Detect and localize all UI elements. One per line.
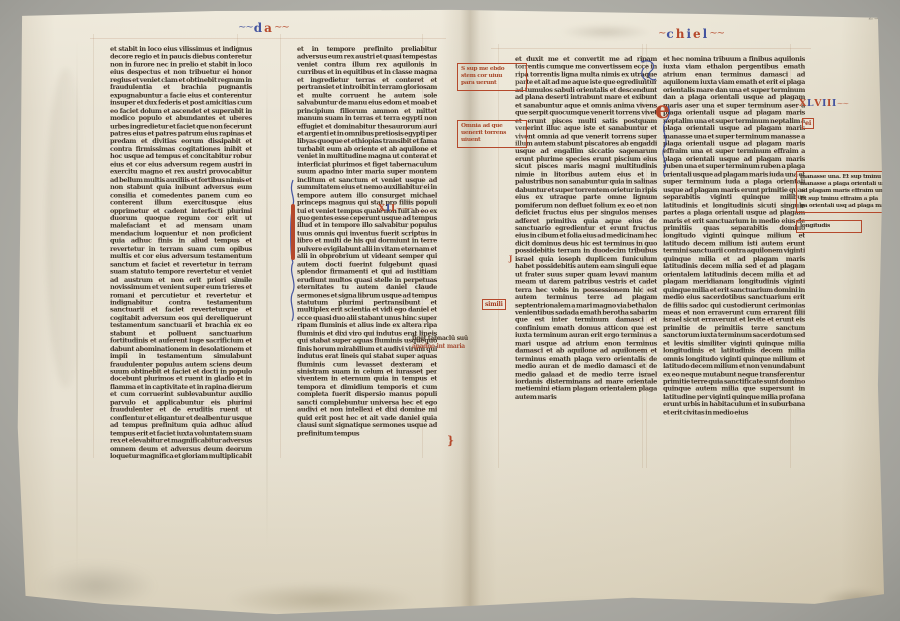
center-fold-shadow	[441, 8, 497, 616]
correction-line: manasse a plaga orientali usq	[800, 181, 900, 188]
pen-flourish: ∼∼	[837, 99, 848, 109]
running-title-letter: h	[676, 28, 686, 40]
insertion-tag: ei	[802, 118, 814, 129]
gloss-line: uenerit torrens	[461, 130, 523, 137]
manuscript-photo: ∼∼ d a ∼∼ ∼ c h i e l ∼∼ 252 et stabit i…	[0, 0, 900, 621]
pen-flourish: ∼	[658, 28, 665, 40]
chapter-letter: L	[807, 99, 814, 109]
marginal-correction-box: manasse una. Et sup tminū manasse a plag…	[796, 171, 900, 213]
marginal-correction-word: longitudis	[796, 220, 862, 233]
parchment-stain	[46, 68, 86, 388]
running-title-letter: l	[703, 28, 709, 40]
gloss-line: para uerunt	[461, 80, 523, 87]
correction-line: manasse una. Et sup tminū	[800, 174, 900, 181]
parchment-crease	[76, 38, 78, 578]
chapter-number-xlviii: X L V I I I ∼∼	[799, 99, 848, 109]
ruling-line	[491, 48, 811, 49]
gloss-line: Omnia ad que	[461, 123, 523, 130]
ruling-line	[498, 44, 499, 468]
running-title-letter: d	[254, 22, 263, 34]
gutter-gloss-2: Omnia ad que uenerit torrens uiuent	[457, 120, 527, 148]
parchment-crease	[266, 68, 268, 548]
parchment-stain	[36, 563, 156, 609]
parchment-stain	[226, 583, 416, 617]
text-column-left-1: et stabit in loco eius vilissimus et ind…	[110, 46, 252, 460]
pen-flourish: ∼∼	[274, 22, 289, 34]
pen-flourish: ∼∼∼	[396, 204, 413, 214]
chapter-number-xii: X I I ∼∼∼	[378, 204, 413, 214]
margin-note-line: apadno int maria	[412, 343, 472, 351]
margin-note-line: figet tabnaclū suū	[412, 335, 472, 343]
initial-i-stroke	[291, 204, 295, 260]
gutter-gloss-1: S sup me ebdo stem cor uiuū para uerunt	[457, 63, 527, 91]
text-column-left-2: et in tempore prefinito preliabitur adve…	[297, 46, 437, 462]
running-title-letter: e	[693, 28, 702, 40]
parchment-stain	[821, 588, 891, 614]
text-column-right-1: et duxit me et convertit me ad ripam tor…	[515, 56, 657, 470]
rubricated-capital: J	[509, 254, 512, 263]
running-title-letter: c	[666, 28, 674, 40]
gloss-tag: simili	[482, 299, 506, 310]
ink-offset-smudge	[561, 24, 651, 40]
running-title-left: ∼∼ d a ∼∼	[238, 22, 289, 34]
pen-flourish: ∼∼	[238, 22, 253, 34]
parchment-stain	[516, 600, 666, 621]
parchment-bifolium: ∼∼ d a ∼∼ ∼ c h i e l ∼∼ 252 et stabit i…	[16, 8, 884, 616]
pen-flourish: ∼∼	[709, 28, 724, 40]
gloss-line: S sup me ebdo	[461, 66, 523, 73]
ruling-line	[90, 38, 446, 39]
folio-number: 252	[868, 12, 886, 23]
chapter-letter: V	[814, 99, 822, 109]
chapter-letter: X	[799, 99, 807, 109]
running-title-letter: a	[264, 22, 273, 34]
red-bracket-mark: }	[447, 434, 454, 447]
text-column-right-2: et hec nomina tribuum a finibus aquiloni…	[663, 56, 805, 470]
ruling-line	[93, 34, 94, 458]
running-title-right: ∼ c h i e l ∼∼	[658, 28, 724, 40]
correction-line: ga orientali usq ad plagā maris.	[800, 203, 900, 210]
gloss-line: stem cor uiuū	[461, 73, 523, 80]
marginal-note: figet tabnaclū suū apadno int maria	[412, 335, 472, 350]
chapter-letter: X	[378, 204, 386, 214]
correction-line: ad plagam maris effraim una.	[800, 188, 900, 195]
ruling-line	[280, 34, 281, 458]
correction-line: longitudis	[800, 223, 858, 230]
running-title-letter: i	[686, 28, 692, 40]
gloss-line: uiuent	[461, 137, 523, 144]
correction-line: Et sup tminū effraim a pla	[800, 196, 900, 203]
